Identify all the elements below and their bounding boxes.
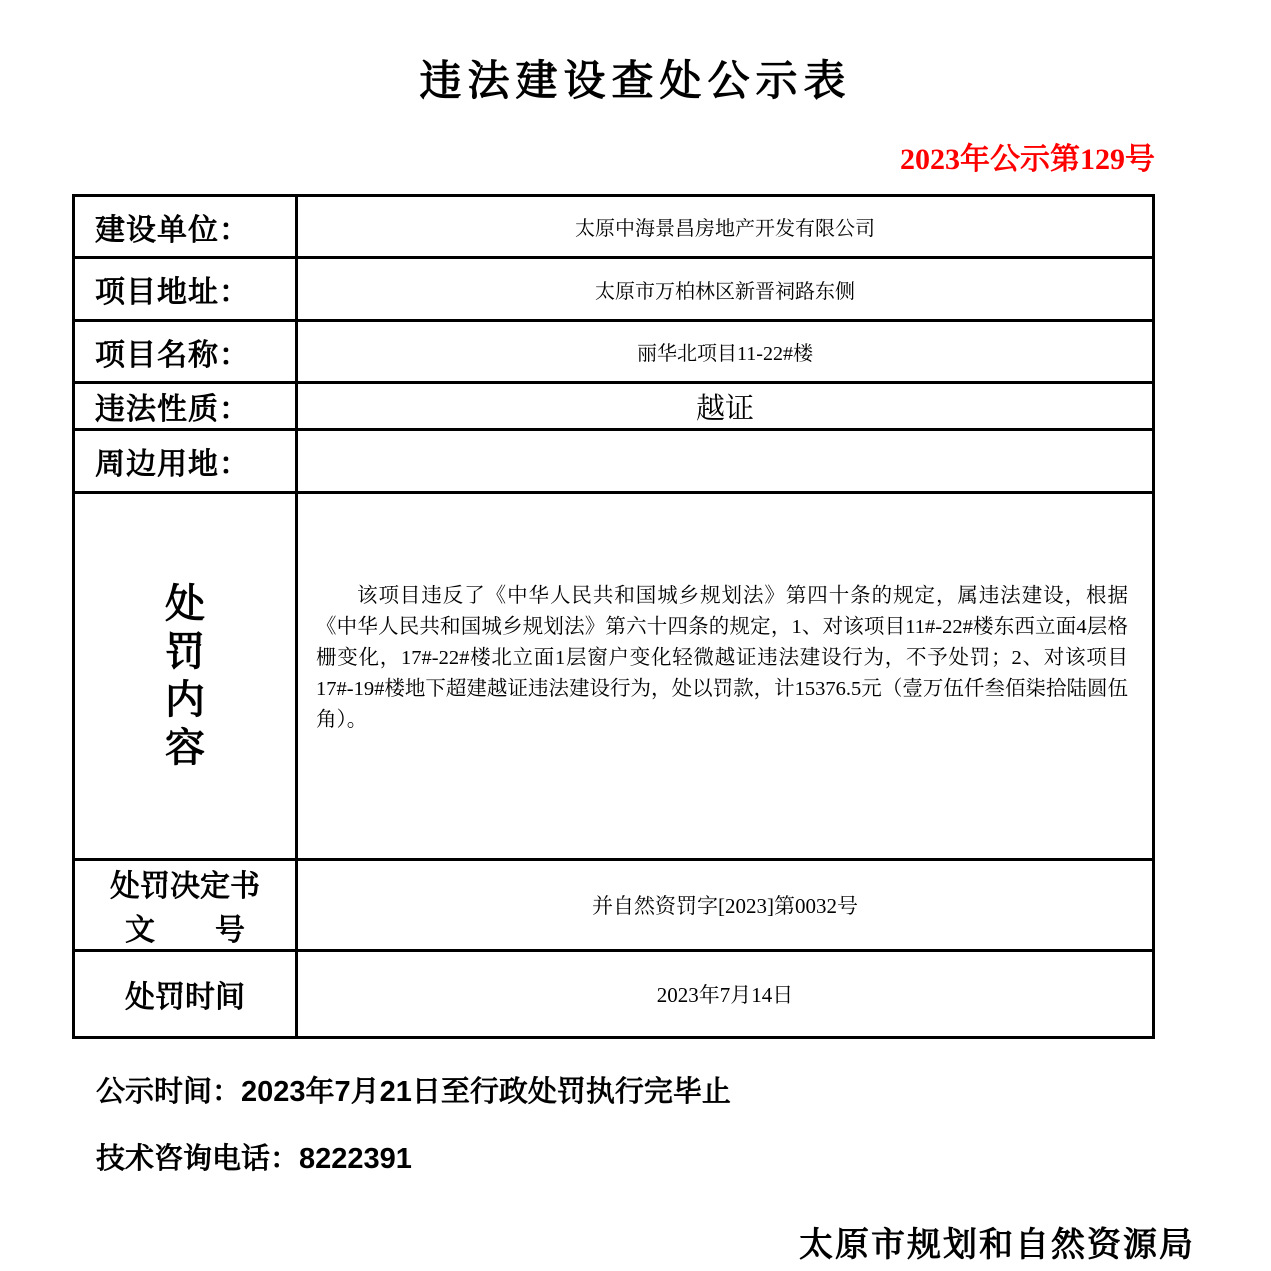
table-row-project-name: 项目名称： 丽华北项目11-22#楼 — [74, 321, 1154, 383]
row-label: 建设单位： — [74, 196, 297, 258]
punishment-label-char: 处 — [75, 580, 295, 628]
notice-table: 建设单位： 太原中海景昌房地产开发有限公司 项目地址： 太原市万柏林区新晋祠路东… — [72, 194, 1155, 1039]
table-row-violation-nature: 违法性质： 越证 — [74, 383, 1154, 430]
table-row-construction-unit: 建设单位： 太原中海景昌房地产开发有限公司 — [74, 196, 1154, 258]
row-label: 违法性质： — [74, 383, 297, 430]
table-row-punishment-content: 处 罚 内 容 该项目违反了《中华人民共和国城乡规划法》第四十条的规定，属违法建… — [74, 493, 1154, 860]
row-value: 太原中海景昌房地产开发有限公司 — [297, 196, 1154, 258]
row-value — [297, 430, 1154, 493]
table-row-project-address: 项目地址： 太原市万柏林区新晋祠路东侧 — [74, 258, 1154, 321]
punishment-label-char: 罚 — [75, 628, 295, 676]
notice-document: 违法建设查处公示表 2023年公示第129号 建设单位： 太原中海景昌房地产开发… — [0, 0, 1271, 1271]
decision-doc-label-line2: 文 号 — [75, 905, 295, 949]
punish-time-value: 2023年7月14日 — [297, 951, 1154, 1038]
row-value: 越证 — [297, 383, 1154, 430]
row-label: 项目地址： — [74, 258, 297, 321]
notice-number: 2023年公示第129号 — [72, 134, 1155, 178]
table-row-surrounding-land: 周边用地： — [74, 430, 1154, 493]
decision-doc-label-line1: 处罚决定书 — [75, 861, 295, 905]
row-value: 丽华北项目11-22#楼 — [297, 321, 1154, 383]
row-label: 周边用地： — [74, 430, 297, 493]
decision-doc-value: 并自然资罚字[2023]第0032号 — [297, 860, 1154, 951]
publicity-time-line: 公示时间：2023年7月21日至行政处罚执行完毕止 — [96, 1069, 1271, 1110]
punishment-label-char: 内 — [75, 676, 295, 724]
table-row-decision-doc-number: 处罚决定书 文 号 并自然资罚字[2023]第0032号 — [74, 860, 1154, 951]
table-row-punish-time: 处罚时间 2023年7月14日 — [74, 951, 1154, 1038]
consultation-phone-line: 技术咨询电话：8222391 — [96, 1136, 1271, 1177]
issuing-agency: 太原市规划和自然资源局 — [0, 1217, 1271, 1266]
row-value: 太原市万柏林区新晋祠路东侧 — [297, 258, 1154, 321]
punishment-content-text: 该项目违反了《中华人民共和国城乡规划法》第四十条的规定，属违法建设，根据《中华人… — [316, 581, 1128, 736]
punishment-content-cell: 该项目违反了《中华人民共和国城乡规划法》第四十条的规定，属违法建设，根据《中华人… — [297, 493, 1154, 860]
punishment-label-char: 容 — [75, 724, 295, 772]
punish-time-label: 处罚时间 — [74, 951, 297, 1038]
punishment-label: 处 罚 内 容 — [74, 493, 297, 860]
row-label: 项目名称： — [74, 321, 297, 383]
page-title: 违法建设查处公示表 — [0, 0, 1271, 108]
decision-doc-label: 处罚决定书 文 号 — [74, 860, 297, 951]
